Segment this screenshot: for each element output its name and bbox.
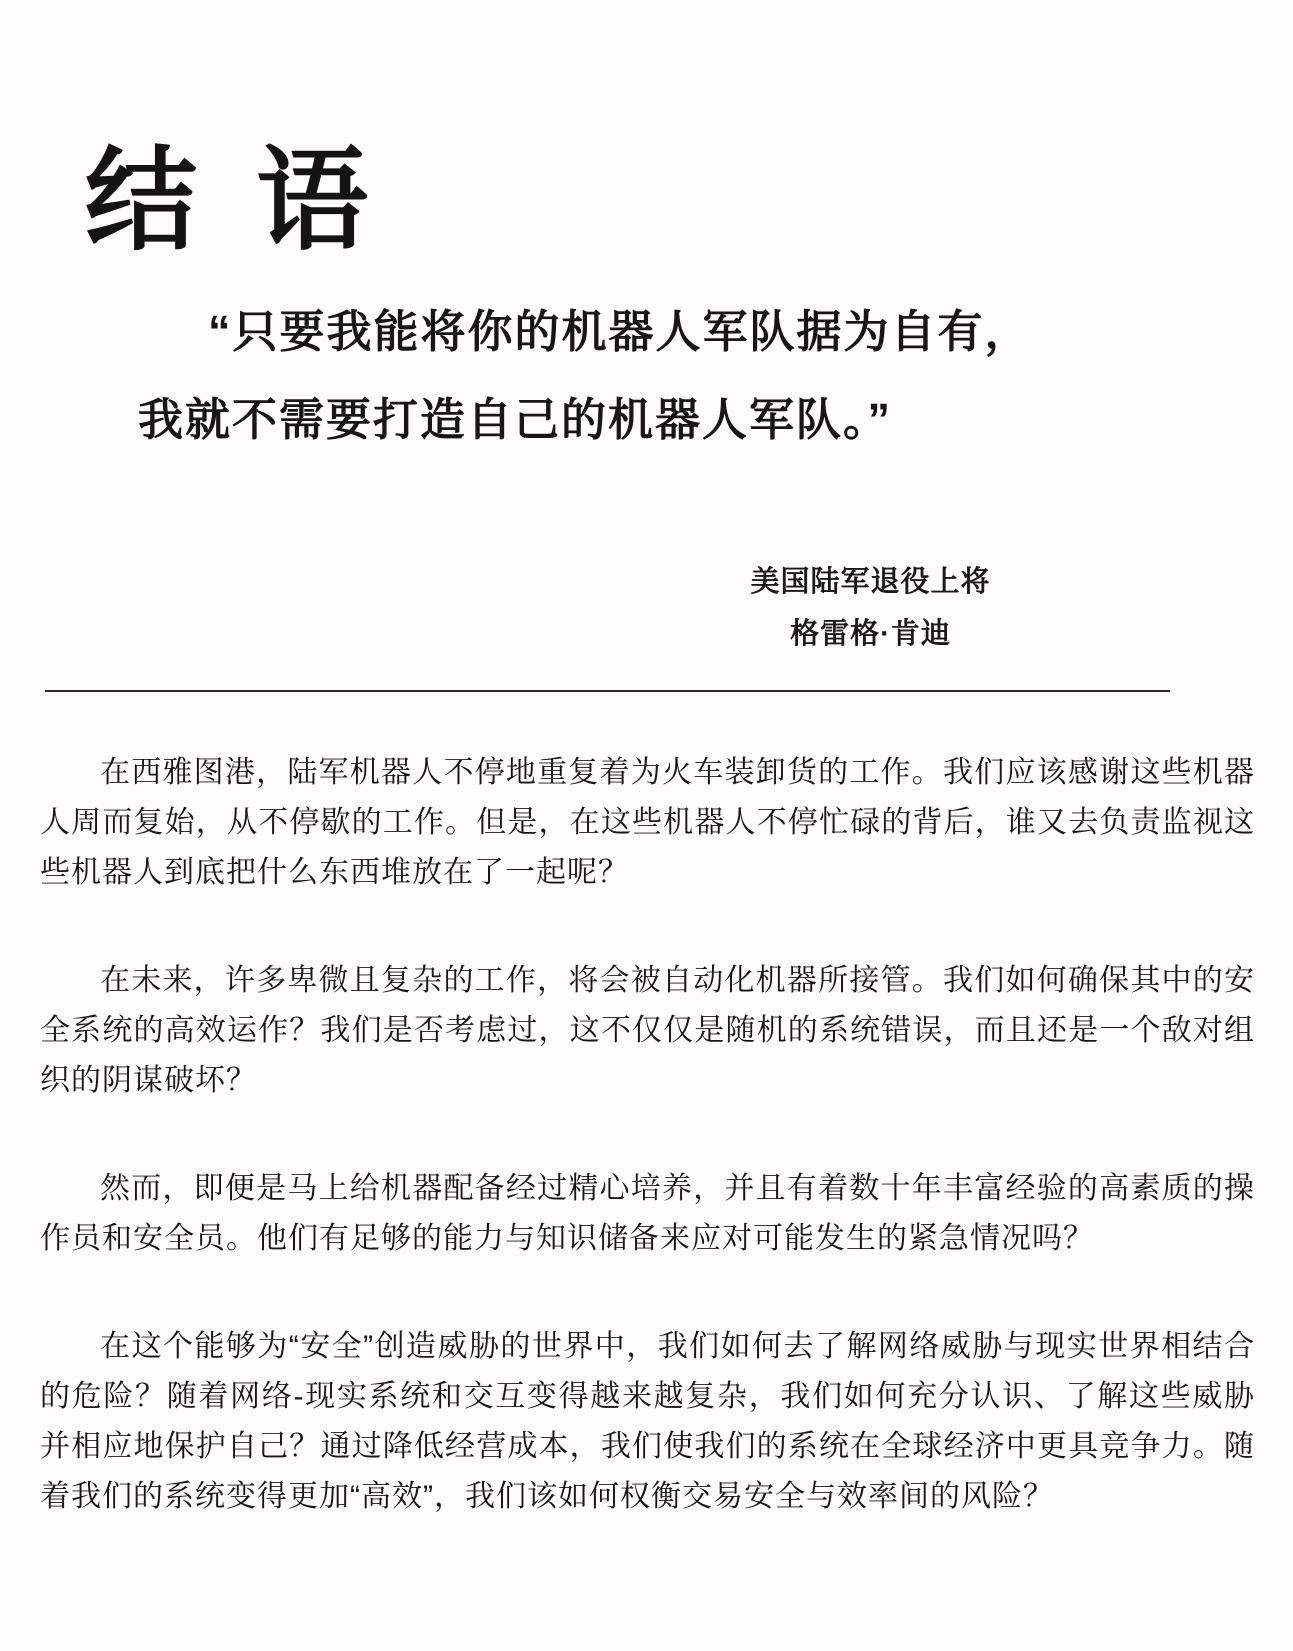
paragraph: 在未来，许多卑微且复杂的工作，将会被自动化机器所接管。我们如何确保其中的安全系统… <box>40 956 1255 1106</box>
quote-line-1: “只要我能将你的机器人军队据为自有， <box>138 288 1148 376</box>
attribution-role: 美国陆军退役上将 <box>748 556 993 608</box>
body-text: 在西雅图港，陆军机器人不停地重复着为火车装卸货的工作。我们应该感谢这些机器人周而… <box>40 748 1255 1522</box>
document-page: 结 语 “只要我能将你的机器人军队据为自有， 我就不需要打造自己的机器人军队。”… <box>0 0 1293 1651</box>
paragraph: 然而，即便是马上给机器配备经过精心培养，并且有着数十年丰富经验的高素质的操作员和… <box>40 1164 1255 1264</box>
attribution-name: 格雷格·肯迪 <box>748 608 993 660</box>
quote-attribution: 美国陆军退役上将 格雷格·肯迪 <box>748 556 993 660</box>
paragraph: 在这个能够为“安全”创造威胁的世界中，我们如何去了解网络威胁与现实世界相结合的危… <box>40 1322 1255 1522</box>
paragraph: 在西雅图港，陆军机器人不停地重复着为火车装卸货的工作。我们应该感谢这些机器人周而… <box>40 748 1255 898</box>
quote-line-2: 我就不需要打造自己的机器人军队。” <box>138 376 1148 464</box>
page-title: 结 语 <box>85 137 382 266</box>
pull-quote: “只要我能将你的机器人军队据为自有， 我就不需要打造自己的机器人军队。” <box>138 288 1148 464</box>
section-divider <box>45 690 1170 692</box>
